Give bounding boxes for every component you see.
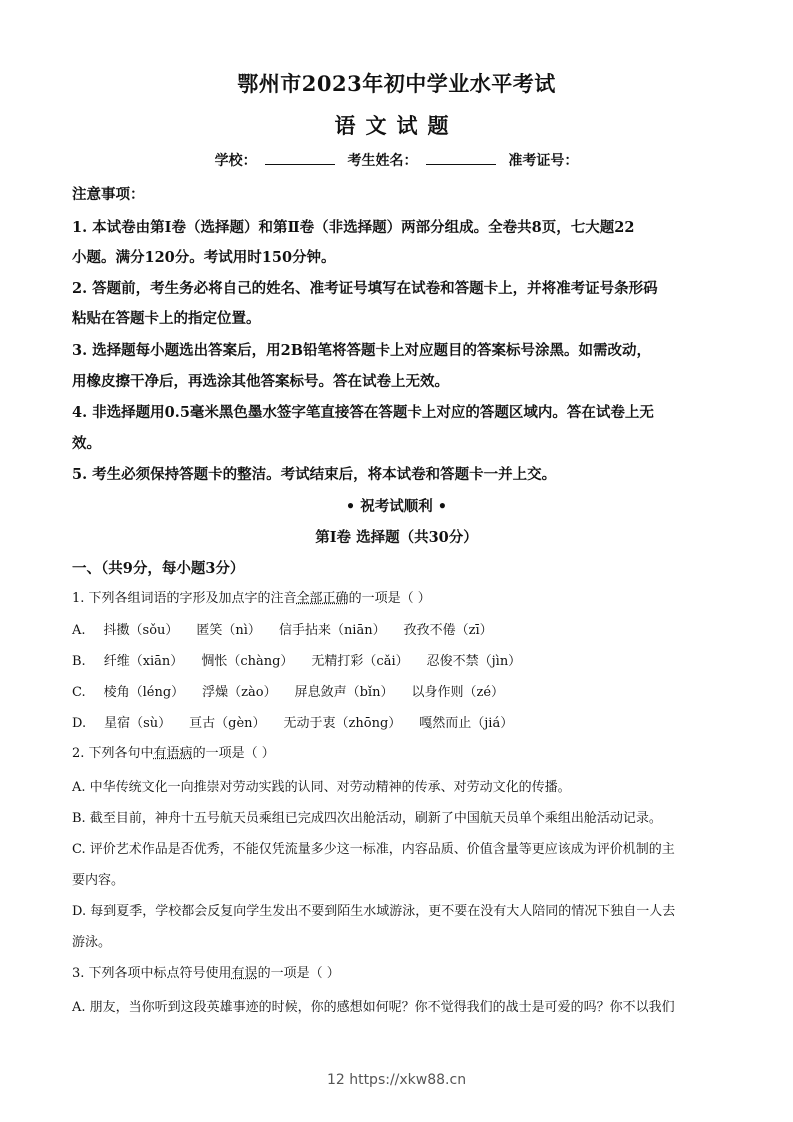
option-label: D. [72,716,86,731]
stem-text: 2. 下列各句中 [72,746,154,761]
student-info-line: 学校： 考生姓名： 准考证号： [0,150,793,170]
notice-line: 3. 选择题每小题选出答案后，用2B铅笔将答题卡上对应题目的答案标号涂黑。如需改… [72,339,651,360]
stem-text: 3. 下列各项中标点符号使用 [72,966,232,981]
option-word: 孜孜不倦（zī） [404,619,493,638]
emphasized-text: 有语病 [154,746,193,761]
school-label: 学校： [215,153,257,169]
stem-text: 1. 下列各组词语的字形及加点字的注音 [72,591,297,606]
option-word: 信手拈来（niān） [279,619,386,638]
option-d: D.星宿（sù）亘古（gèn）无动于衷（zhōng）嘎然而止（jiá） [72,712,531,731]
option-c-cont: 要内容。 [72,869,124,888]
question-stem: 1. 下列各组词语的字形及加点字的注音全部正确的一项是（ ） [72,587,431,606]
option-word: 惆怅（chàng） [201,650,293,669]
option-word: 纤维（xiān） [104,650,184,669]
question-stem: 3. 下列各项中标点符号使用有误的一项是（ ） [72,962,340,981]
emphasized-text: 全部正确 [297,591,349,606]
option-word: 以身作则（zé） [411,681,504,700]
option-label: A. [72,623,86,638]
page-footer: 12 https://xkw88.cn [0,1072,793,1088]
notice-line: 用橡皮擦干净后，再选涂其他答案标号。答在试卷上无效。 [72,370,449,391]
stem-text: 的一项是（ ） [193,746,275,761]
option-a: A.抖擞（sǒu）匿笑（nì）信手拈来（niān）孜孜不倦（zī） [72,619,511,638]
option-word: 屏息敛声（bǐn） [295,681,394,700]
notice-line: 效。 [72,432,101,453]
stem-text: 的一项是（ ） [258,966,340,981]
question-stem: 2. 下列各句中有语病的一项是（ ） [72,742,275,761]
notice-line: 2. 答题前，考生务必将自己的姓名、准考证号填写在试卷和答题卡上，并将准考证号条… [72,277,658,298]
exam-subtitle: 语文试题 [0,110,793,140]
option-word: 浮燥（zào） [202,681,276,700]
option-word: 忍俊不禁（jìn） [427,650,522,669]
exam-id-label: 准考证号： [508,153,578,169]
option-word: 星宿（sù） [104,712,171,731]
option-word: 嘎然而止（jiá） [419,712,513,731]
notice-line: 4. 非选择题用0.5毫米黑色墨水签字笔直接答在答题卡上对应的答题区域内。答在试… [72,401,654,422]
option-word: 亘古（gèn） [189,712,265,731]
notice-line: 5. 考生必须保持答题卡的整洁。考试结束后，将本试卷和答题卡一并上交。 [72,463,556,484]
notice-line: 粘贴在答题卡上的指定位置。 [72,307,261,328]
option-label: C. [72,685,86,700]
student-name-blank [426,152,496,165]
stem-text: 的一项是（ ） [349,591,431,606]
option-word: 无精打彩（cǎi） [311,650,408,669]
part1-title: 第Ⅰ卷 选择题（共30分） [0,526,793,547]
option-a: A. 朋友，当你听到这段英雄事迹的时候，你的感想如何呢？你不觉得我们的战士是可爱… [72,996,675,1015]
option-word: 匿笑（nì） [196,619,261,638]
option-c: C. 评价艺术作品是否优秀，不能仅凭流量多少这一标准，内容品质、价值含量等更应该… [72,838,675,857]
good-luck-wish: • 祝考试顺利 • [0,495,793,516]
option-a: A. 中华传统文化一向推崇对劳动实践的认同、对劳动精神的传承、对劳动文化的传播。 [72,776,571,795]
option-word: 无动于衷（zhōng） [284,712,402,731]
school-blank [265,152,335,165]
section1-heading: 一、（共9分，每小题3分） [72,557,244,578]
option-b: B. 截至目前，神舟十五号航天员乘组已完成四次出舱活动，刷新了中国航天员单个乘组… [72,807,662,826]
option-label: B. [72,654,86,669]
option-c: C.棱角（léng）浮燥（zào）屏息敛声（bǐn）以身作则（zé） [72,681,522,700]
option-d-cont: 游泳。 [72,931,111,950]
notice-line: 1. 本试卷由第Ⅰ卷（选择题）和第Ⅱ卷（非选择题）两部分组成。全卷共8页，七大题… [72,216,634,237]
option-b: B.纤维（xiān）惆怅（chàng）无精打彩（cǎi）忍俊不禁（jìn） [72,650,539,669]
student-name-label: 考生姓名： [348,153,418,169]
notice-heading: 注意事项： [72,183,145,204]
notice-line: 小题。满分120分。考试用时150分钟。 [72,246,336,267]
exam-page: 鄂州市2023年初中学业水平考试 语文试题 学校： 考生姓名： 准考证号： 注意… [0,0,793,1122]
option-d: D. 每到夏季，学校都会反复向学生发出不要到陌生水域游泳，更不要在没有大人陪同的… [72,900,675,919]
exam-title: 鄂州市2023年初中学业水平考试 [0,68,793,98]
option-word: 棱角（léng） [104,681,185,700]
emphasized-text: 有误 [232,966,258,981]
option-word: 抖擞（sǒu） [104,619,179,638]
